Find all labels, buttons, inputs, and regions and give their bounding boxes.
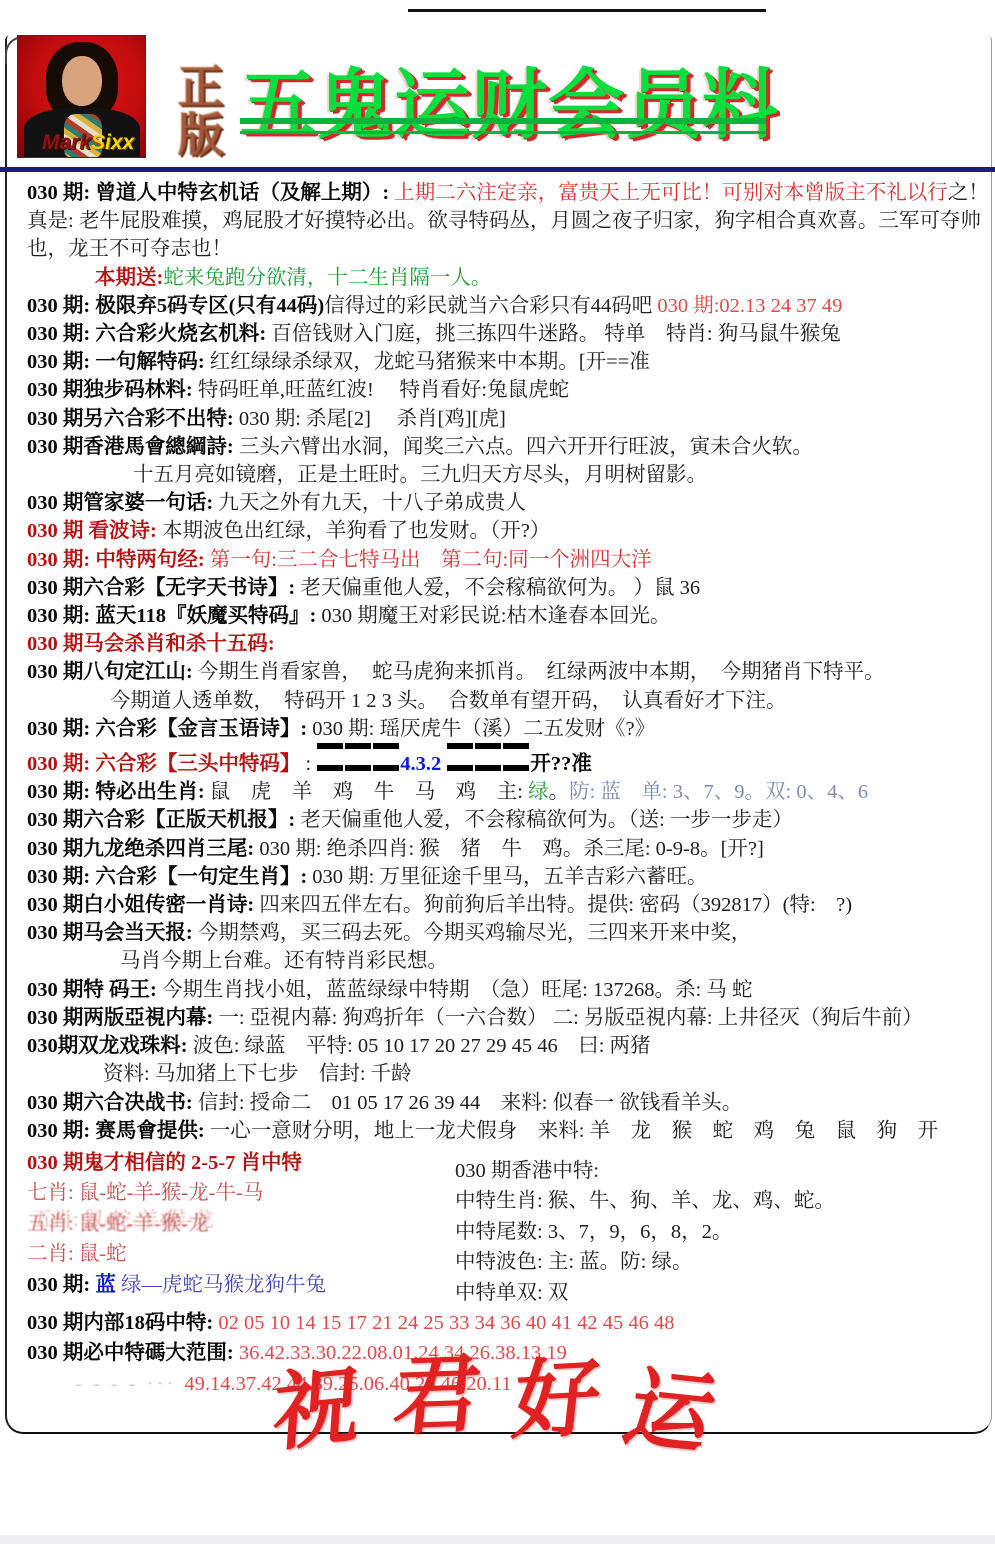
text-segment: 030 期: 杀尾[2] 杀肖[鸡][虎] — [239, 408, 506, 430]
text-segment: 老天偏重他人爱，不会稼稿欲何为。（送: 一步一步走） — [300, 809, 793, 831]
text-segment: 030 期: 中特两句经: — [27, 549, 210, 571]
block-bars-icon — [503, 743, 529, 771]
two-column-section: 030 期鬼才相信的 2-5-7 肖中特七肖: 鼠-蛇-羊-猴-龙-牛-马五肖:… — [27, 1148, 989, 1308]
text-segment: 特码旺单,旺蓝红波! 特肖看好:兔鼠虎蛇 — [198, 379, 569, 401]
header-divider — [0, 167, 995, 172]
block-bars-icon — [345, 743, 371, 771]
text-segment: 030 期香港馬會總綱詩: — [27, 436, 239, 458]
text-segment: 绿 — [528, 781, 549, 803]
text-segment: 蓝 — [95, 1274, 121, 1296]
text-segment: 030 期: 瑶厌虎牛（溪）二五发财《?》 — [312, 718, 655, 740]
text-segment: 开??准 — [530, 753, 592, 775]
text-segment: 百倍钱财入门庭，挑三拣四牛迷路。 特单 特肖: 狗马鼠牛猴兔 — [271, 323, 840, 345]
text-segment: 一心一意财分明，地上一龙犬假身 来料: 羊 龙 猴 蛇 鸡 兔 鼠 狗 开 — [210, 1120, 938, 1142]
text-line: 中特波色: 主: 蓝。防: 绿。 — [455, 1247, 989, 1277]
text-segment: 030 期另六合彩不出特: — [27, 408, 239, 430]
text-segment: 030 期马会杀肖和杀十五码: — [27, 633, 275, 655]
text-segment: - - - - ··· — [75, 1373, 184, 1395]
text-segment: 一: 亞視内幕: 狗鸡折年（一六合数） 二: 另版亞視内幕: 上井径灭（狗后牛前… — [218, 1007, 922, 1029]
text-line: 030 期: 赛馬會提供: 一心一意财分明，地上一龙犬假身 来料: 羊 龙 猴 … — [27, 1117, 989, 1145]
text-line: 030 期管家婆一句话: 九天之外有九天，十八子弟成贵人 — [27, 489, 989, 517]
text-segment: 四来四五伴左右。狗前狗后羊出特。提供: 密码（392817）(特: ?) — [259, 894, 852, 916]
text-segment: 4.3.2 — [400, 753, 446, 775]
block-bars-icon — [317, 743, 343, 771]
text-line: 030 期八句定江山: 今期生肖看家兽， 蛇马虎狗来抓肖。 红绿两波中本期， 今… — [27, 658, 989, 686]
text-line: 七肖: 鼠-蛇-羊-猴-龙-牛-马 — [27, 1178, 455, 1208]
text-segment: 中特尾数: 3、7，9，6，8，2。 — [455, 1221, 732, 1243]
text-segment: 九天之外有九天，十八子弟成贵人 — [218, 492, 526, 514]
text-line: 马肖今期上台难。还有特肖彩民想。 — [27, 947, 989, 975]
text-segment: 030 期: 特必出生肖: — [27, 781, 210, 803]
text-line: 030 期特 码王: 今期生肖找小姐，蓝蓝绿绿中特期 （急）旺尾: 137268… — [27, 976, 989, 1004]
text-line: 030 期另六合彩不出特: 030 期: 杀尾[2] 杀肖[鸡][虎] — [27, 405, 989, 433]
text-segment: 防: 蓝 单: 3、7、9。双: 0、4、6 — [569, 781, 868, 803]
text-segment: : — [300, 753, 316, 775]
text-line: 030 期: 特必出生肖: 鼠 虎 羊 鸡 牛 马 鸡 主: 绿。防: 蓝 单:… — [27, 778, 989, 806]
text-segment: 030 期九龙绝杀四肖三尾: — [27, 838, 259, 860]
text-line: 030 期 看波诗: 本期波色出红绿，羊狗看了也发财。（开?） — [27, 517, 989, 545]
text-segment: 030 期独步码林料: — [27, 379, 198, 401]
text-segment: 三头六臂出水洞，闻奖三六点。四六开开行旺波，寅未合火软。 — [239, 436, 813, 458]
text-line: 本期送:蛇来兔跑分欲清，十二生肖隔一人。 — [27, 264, 989, 292]
text-line: 中特尾数: 3、7，9，6，8，2。 — [455, 1217, 989, 1247]
text-segment: 十五月亮如镜磨，正是土旺时。三九归天方尽头，月明树留影。 — [133, 464, 707, 486]
right-column: 030 期香港中特:中特生肖: 猴、牛、狗、羊、龙、鸡、蛇。中特尾数: 3、7，… — [455, 1148, 989, 1308]
text-line: 030 期九龙绝杀四肖三尾: 030 期: 绝杀四肖: 猴 猪 牛 鸡。杀三尾:… — [27, 835, 989, 863]
photo-caption-six: Sixx — [91, 131, 134, 154]
text-segment: 030 期: 六合彩【金言玉语诗】: — [27, 718, 312, 740]
text-segment: 今期生肖看家兽， 蛇马虎狗来抓肖。 红绿两波中本期， 今期猪肖下特平。 — [198, 661, 885, 683]
text-segment: 030 期: 一句解特码: — [27, 351, 210, 373]
text-line: 030 期六合决战书: 信封: 授命二 01 05 17 26 39 44 来料… — [27, 1089, 989, 1117]
text-segment: 信封: 授命二 01 05 17 26 39 44 来料: 似春一 欲钱看羊头。 — [198, 1092, 742, 1114]
photo-caption-mark: Mark — [42, 131, 91, 154]
text-line: 二肖: 鼠-蛇 — [27, 1239, 455, 1269]
text-segment: 马肖今期上台难。还有特肖彩民想。 — [120, 950, 448, 972]
main-text-section: 030 期: 曾道人中特玄机话（及解上期）: 上期二六注定亲，富贵天上无可比！可… — [27, 179, 989, 1145]
text-segment: 030 期: 赛馬會提供: — [27, 1120, 210, 1142]
text-line: 030期双龙戏珠料: 波色: 绿蓝 平特: 05 10 17 20 27 29 … — [27, 1032, 989, 1060]
text-line: 030 期: 蓝 绿—虎蛇马猴龙狗牛兔 — [27, 1270, 455, 1300]
text-line: 五肖: 鼠-蛇-羊-猴-龙 — [27, 1209, 455, 1239]
text-line: 030 期独步码林料: 特码旺单,旺蓝红波! 特肖看好:兔鼠虎蛇 — [27, 376, 989, 404]
block-bars-icon — [447, 743, 473, 771]
text-segment: 030 期: 六合彩【一句定生肖】: — [27, 866, 312, 888]
text-segment: 030 期: — [27, 1274, 95, 1296]
text-segment: 030 期魔王对彩民说:枯木逢春本回光。 — [321, 605, 670, 627]
wish-character: 好 — [508, 1328, 608, 1456]
page-title: 五鬼运财会员料 — [240, 44, 780, 153]
text-segment: 030 期: 极限弃5码专区(只有44码) — [27, 295, 324, 317]
text-segment: 。 — [549, 781, 570, 803]
text-segment: 030 期 看波诗: — [27, 520, 162, 542]
text-line: 030 期马会当天报: 今期禁鸡，买三码去死。今期买鸡输尽光，三四来开来中奖， — [27, 919, 989, 947]
text-segment: 030 期鬼才相信的 2-5-7 肖中特 — [27, 1152, 302, 1174]
text-segment: 蛇来兔跑分欲清，十二生肖隔一人。 — [163, 267, 491, 289]
text-segment: 030期双龙戏珠料: — [27, 1035, 193, 1057]
text-line: 030 期马会杀肖和杀十五码: — [27, 630, 989, 658]
text-segment: 波色: 绿蓝 平特: 05 10 17 20 27 29 45 46 曰: 两猪 — [193, 1035, 651, 1057]
body-content: 030 期: 曾道人中特玄机话（及解上期）: 上期二六注定亲，富贵天上无可比！可… — [0, 177, 995, 1399]
title-underline-thin — [240, 131, 766, 134]
text-segment: 今期禁鸡，买三码去死。今期买鸡输尽光，三四来开来中奖， — [198, 922, 752, 944]
text-segment: 信得过的彩民就当六合彩只有44码吧 — [324, 295, 657, 317]
text-segment: 二肖: 鼠-蛇 — [27, 1243, 127, 1265]
text-segment: 本期送: — [95, 267, 163, 289]
wish-character: 君 — [388, 1325, 487, 1452]
text-line: 030 期: 一句解特码: 红红绿绿杀绿双，龙蛇马猪猴来中本期。[开==准 — [27, 348, 989, 376]
text-segment: 030 期: 曾道人中特玄机话（及解上期）: — [27, 182, 394, 204]
text-segment: 资料: 马加猪上下七步 信封: 千龄 — [103, 1063, 412, 1085]
text-line: 030 期: 蓝天118『妖魔买特码』: 030 期魔王对彩民说:枯木逢春本回光… — [27, 602, 989, 630]
text-line: 今期道人透单数， 特码开 1 2 3 头。 合数单有望开码， 认真看好才下注。 — [27, 687, 989, 715]
text-segment: 030 期: 六合彩【三头中特码】 — [27, 753, 300, 775]
bottom-strip — [0, 1535, 995, 1544]
text-segment: 中特单双: 双 — [455, 1282, 568, 1304]
text-segment: 红红绿绿杀绿双，龙蛇马猪猴来中本期。[开==准 — [210, 351, 650, 373]
text-segment: 今期生肖找小姐，蓝蓝绿绿中特期 （急）旺尾: 137268。杀: 马 蛇 — [162, 979, 753, 1001]
text-segment: 030 期: 绝杀四肖: 猴 猪 牛 鸡。杀三尾: 0-9-8。[开?] — [259, 838, 764, 860]
block-bars-icon — [475, 743, 501, 771]
title-underline — [240, 118, 766, 124]
text-segment: 030 期两版亞視内幕: — [27, 1007, 218, 1029]
text-line: 030 期: 六合彩火烧玄机料: 百倍钱财入门庭，挑三拣四牛迷路。 特单 特肖:… — [27, 320, 989, 348]
text-line: 十五月亮如镜磨，正是土旺时。三九归天方尽头，月明树留影。 — [27, 461, 989, 489]
text-line: 030 期: 六合彩【三头中特码】 : 4.3.2 开??准 — [27, 743, 989, 778]
block-bars-icon — [373, 743, 399, 771]
text-segment: 中特生肖: 猴、牛、狗、羊、龙、鸡、蛇。 — [455, 1190, 835, 1212]
text-line: 中特单双: 双 — [455, 1278, 989, 1308]
text-line: 030 期两版亞視内幕: 一: 亞視内幕: 狗鸡折年（一六合数） 二: 另版亞視… — [27, 1004, 989, 1032]
edition-vertical-label: 正版 — [176, 64, 226, 160]
text-line: 030 期六合彩【无字天书诗】: 老天偏重他人爱，不会稼稿欲何为。 ）鼠 36 — [27, 574, 989, 602]
photo-caption: MarkSixx — [42, 131, 134, 155]
text-segment: 老天偏重他人爱，不会稼稿欲何为。 ）鼠 36 — [300, 577, 700, 599]
text-line: 030 期鬼才相信的 2-5-7 肖中特 — [27, 1148, 455, 1178]
text-segment: 030 期马会当天报: — [27, 922, 198, 944]
text-segment: 今期道人透单数， 特码开 1 2 3 头。 合数单有望开码， 认真看好才下注。 — [110, 690, 787, 712]
text-line: 030 期香港中特: — [455, 1156, 989, 1186]
text-segment: 030 期六合彩【无字天书诗】: — [27, 577, 300, 599]
photo-face-shape — [62, 56, 102, 106]
text-segment: 本期波色出红绿，羊狗看了也发财。（开?） — [162, 520, 550, 542]
text-line: 030 期: 中特两句经: 第一句:三二合七特马出 第二句:同一个洲四大洋 — [27, 546, 989, 574]
text-segment: 030 期六合彩【正版天机报】: — [27, 809, 300, 831]
wish-character: 运 — [612, 1338, 735, 1470]
text-line: 030 期香港馬會總綱詩: 三头六臂出水洞，闻奖三六点。四六开开行旺波，寅未合火… — [27, 433, 989, 461]
text-line: 资料: 马加猪上下七步 信封: 千龄 — [27, 1060, 989, 1088]
text-segment: 030 期白小姐传密一肖诗: — [27, 894, 259, 916]
tipster-photo: MarkSixx — [17, 35, 146, 158]
text-segment: 030 期特 码王: — [27, 979, 162, 1001]
text-segment: 030 期必中特碼大范围: — [27, 1342, 239, 1364]
text-segment: 030 期:02.13 24 37 49 — [657, 295, 842, 317]
text-line: 030 期: 曾道人中特玄机话（及解上期）: 上期二六注定亲，富贵天上无可比！可… — [27, 179, 989, 264]
text-segment: 中特波色: 主: 蓝。防: 绿。 — [455, 1251, 692, 1273]
left-column: 030 期鬼才相信的 2-5-7 肖中特七肖: 鼠-蛇-羊-猴-龙-牛-马五肖:… — [27, 1148, 455, 1308]
text-segment: 鼠 虎 羊 鸡 牛 马 鸡 主: — [210, 781, 528, 803]
text-segment: 030 期六合决战书: — [27, 1092, 198, 1114]
text-line: 030 期: 六合彩【金言玉语诗】: 030 期: 瑶厌虎牛（溪）二五发财《?》 — [27, 715, 989, 743]
text-line: 中特生肖: 猴、牛、狗、羊、龙、鸡、蛇。 — [455, 1186, 989, 1216]
text-segment: 030 期内部18码中特: — [27, 1312, 218, 1334]
text-segment: 030 期: 六合彩火烧玄机料: — [27, 323, 271, 345]
text-line: 030 期: 六合彩【一句定生肖】: 030 期: 万里征途千里马，五羊吉彩六蓄… — [27, 863, 989, 891]
text-line: 030 期: 极限弃5码专区(只有44码)信得过的彩民就当六合彩只有44码吧 0… — [27, 292, 989, 320]
text-segment: 上期二六注定亲，富贵天上无可比！可别对本曾版主不礼以行 — [394, 182, 948, 204]
text-segment: 030 期香港中特: — [455, 1160, 599, 1182]
wish-character: 祝 — [269, 1336, 365, 1468]
title-top-rule — [408, 9, 766, 12]
text-line: 030 期六合彩【正版天机报】: 老天偏重他人爱，不会稼稿欲何为。（送: 一步一… — [27, 806, 989, 834]
wish-message: 祝君好运 — [275, 1326, 725, 1450]
text-segment: 030 期管家婆一句话: — [27, 492, 218, 514]
text-line: 030 期白小姐传密一肖诗: 四来四五伴左右。狗前狗后羊出特。提供: 密码（39… — [27, 891, 989, 919]
text-segment: 030 期: 蓝天118『妖魔买特码』: — [27, 605, 321, 627]
text-segment: 第一句:三二合七特马出 第二句:同一个洲四大洋 — [210, 549, 652, 571]
text-segment: 030 期: 万里征途千里马，五羊吉彩六蓄旺。 — [312, 866, 707, 888]
text-segment: 绿—虎蛇马猴龙狗牛兔 — [121, 1274, 326, 1296]
text-segment: 五肖: 鼠-蛇-羊-猴-龙 — [27, 1213, 209, 1235]
text-segment: 030 期八句定江山: — [27, 661, 198, 683]
text-segment: 七肖: 鼠-蛇-羊-猴-龙-牛-马 — [27, 1182, 263, 1204]
